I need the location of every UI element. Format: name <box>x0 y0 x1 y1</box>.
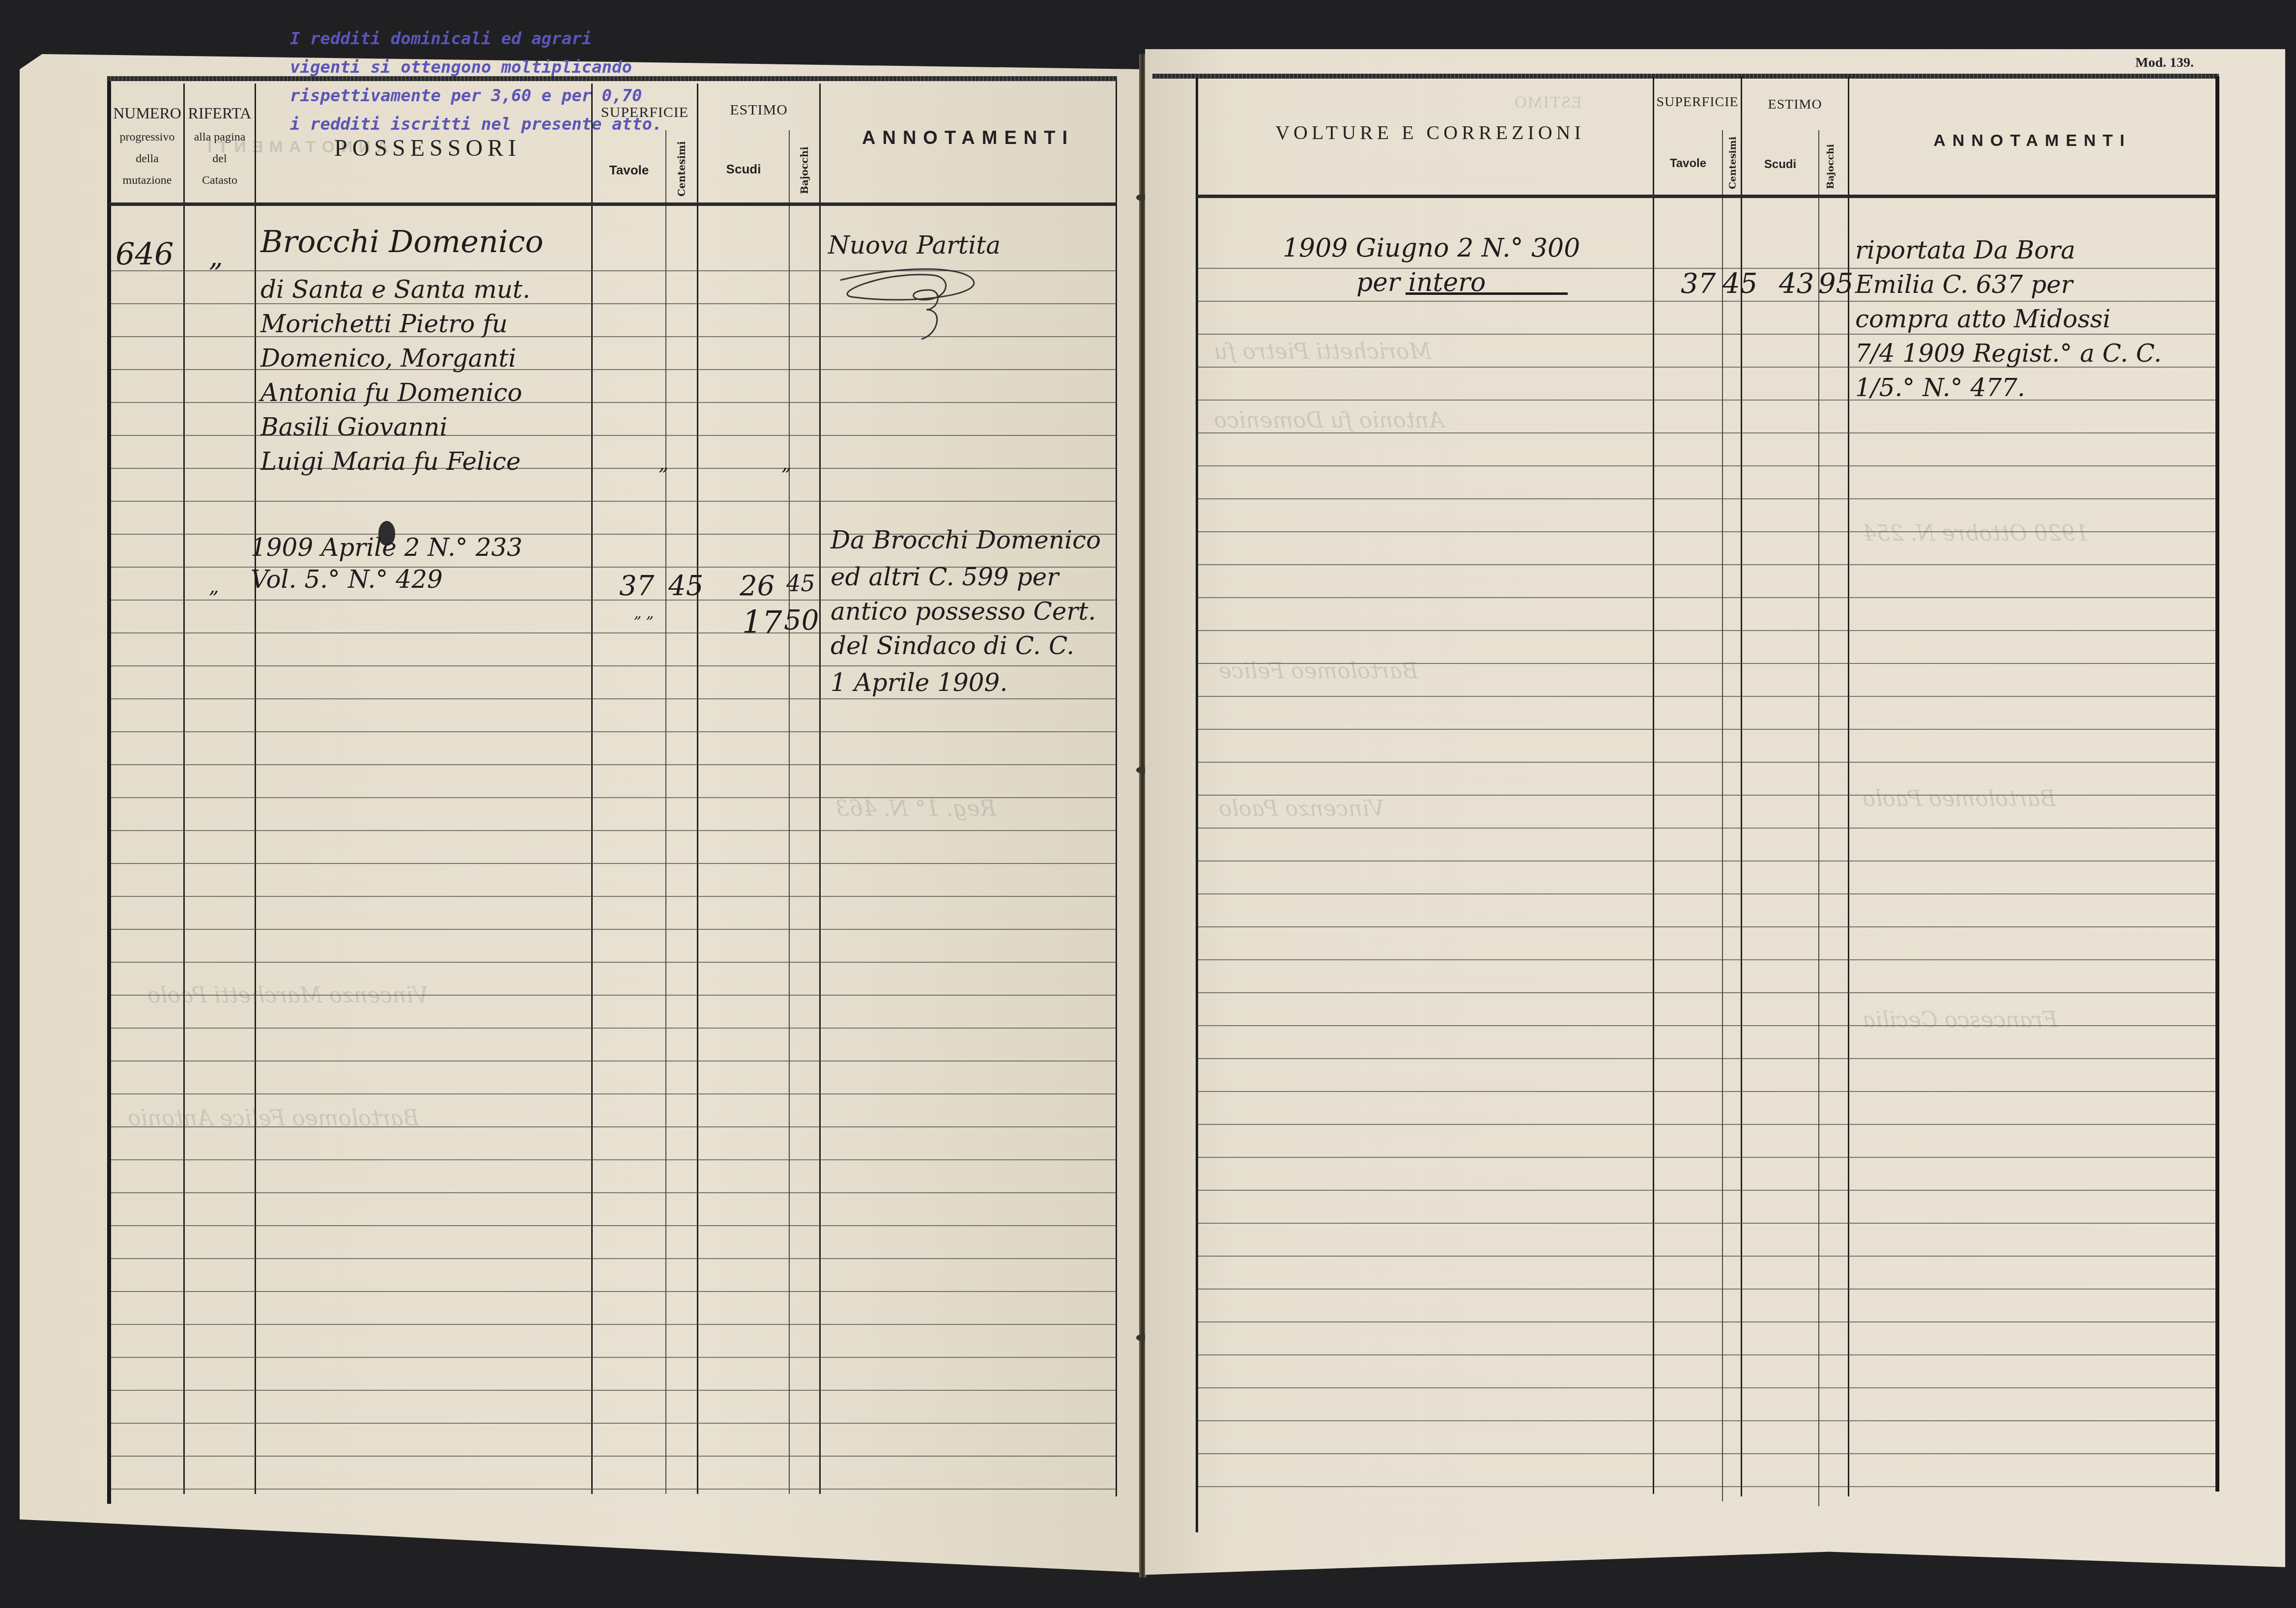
ruled-row-line <box>1198 795 2216 796</box>
right-table-right-border <box>2215 76 2219 1492</box>
ruled-row-line <box>1198 1025 2216 1026</box>
col-line <box>1116 81 1117 1496</box>
header-centesimi: Centesimi <box>676 147 688 197</box>
ruled-row-line <box>1198 1387 2216 1388</box>
ruled-row-line <box>111 1489 1116 1490</box>
entry-numero: 646 <box>115 236 173 272</box>
annotamento-line: Da Brocchi Domenico <box>831 526 1101 554</box>
ruled-row-line <box>1198 465 2216 466</box>
header-text: mutazione <box>111 173 183 188</box>
ruled-row-line <box>111 1225 1116 1226</box>
ruled-row-line <box>111 1390 1116 1391</box>
bleed-through-text: 1920 Ottobre N. 254 <box>1863 521 2089 546</box>
col-line <box>1818 130 1819 1506</box>
ruled-row-line <box>1198 762 2216 763</box>
annotamento-line-right: 7/4 1909 Regist.° a C. C. <box>1855 339 2162 368</box>
annotamento-line: del Sindaco di C. C. <box>831 632 1074 660</box>
header-centesimi-right: Centesimi <box>1727 143 1738 189</box>
ruled-row-line <box>1198 1354 2216 1355</box>
left-table-top-border <box>107 76 1117 81</box>
ruled-row-line <box>1198 1486 2216 1487</box>
header-text: NUMERO <box>111 103 183 123</box>
ruled-row-line <box>1198 597 2216 598</box>
ruled-row-line <box>1198 400 2216 401</box>
header-bajocchi: Bajocchi <box>799 150 810 194</box>
ruled-row-line <box>1198 861 2216 861</box>
header-superficie: SUPERFICIE <box>593 103 697 122</box>
ruled-row-line <box>1198 498 2216 499</box>
ruled-row-line <box>111 698 1116 699</box>
ruled-row-line <box>1198 1321 2216 1322</box>
annotamento-line: Nuova Partita <box>828 231 1001 259</box>
ruled-row-line <box>1198 992 2216 993</box>
ruled-row-line <box>1198 1453 2216 1454</box>
header-annotamenti-right: ANNOTAMENTI <box>1849 130 2215 151</box>
bleed-through-text: Antonio fu Domenico <box>1214 408 1444 433</box>
stamp-line: rispettivamente per 3,60 e per 0,70 <box>290 82 585 110</box>
annotamento-line-right: Emilia C. 637 per <box>1855 270 2073 299</box>
stamp-line: I redditi dominicali ed agrari <box>290 25 585 53</box>
header-text: Catasto <box>185 173 255 188</box>
riferta-ditto: „ <box>209 575 219 598</box>
form-code: Mod. 139. <box>2135 55 2194 71</box>
bleed-through-text: Reg. 1° N. 463 <box>835 796 996 821</box>
col-line <box>697 84 698 1494</box>
ruled-row-line <box>111 1291 1116 1292</box>
entry-riferta: „ <box>209 241 223 273</box>
ruled-row-line <box>1198 630 2216 631</box>
col-line <box>819 84 821 1494</box>
ruled-row-line <box>111 1159 1116 1160</box>
bleed-through-text: Bartolomeo Felice <box>1219 659 1418 684</box>
ruled-row-line <box>1198 1058 2216 1059</box>
ruled-row-line <box>1198 1091 2216 1092</box>
annotamento-line: ed altri C. 599 per <box>831 563 1059 591</box>
transfer-note-line: 1909 Aprile 2 N.° 233 <box>251 533 522 562</box>
ruled-row-line <box>111 1258 1116 1259</box>
possessore-line: Brocchi Domenico <box>260 224 544 259</box>
header-superficie-right: SUPERFICIE <box>1654 93 1741 111</box>
header-text: della <box>111 151 183 166</box>
possessore-line: Morichetti Pietro fu <box>260 310 508 338</box>
annotamento-line-right: 1/5.° N.° 477. <box>1855 373 2025 402</box>
bleed-through-text: Vincenzo Marchetti Paolo <box>147 983 429 1008</box>
ruled-row-line <box>1198 1223 2216 1224</box>
bleed-through-text: Bartolomeo Paolo <box>1863 786 2056 811</box>
col-line <box>1722 130 1723 1501</box>
bleed-through-text: Bartolomeo Felice Antonio <box>128 1106 419 1131</box>
ruled-row-line <box>1198 926 2216 927</box>
superficie-ditto: „ „ <box>634 604 654 622</box>
ruled-row-line <box>111 1093 1116 1094</box>
ruled-row-line <box>1198 1190 2216 1191</box>
scanned-ledger-spread: I redditi dominicali ed agrari vigenti s… <box>0 0 2296 1608</box>
superficie-centesimi: 45 <box>668 570 703 602</box>
book-spine <box>1139 54 1146 1578</box>
ruled-row-line <box>111 896 1116 897</box>
ruled-row-line <box>111 1357 1116 1358</box>
ruled-row-line <box>1198 1289 2216 1290</box>
ruled-row-line <box>1198 729 2216 730</box>
ruled-row-line <box>111 731 1116 732</box>
ruled-row-line <box>1198 1256 2216 1257</box>
ruled-row-line <box>111 1456 1116 1457</box>
superficie-centesimi-right: 45 <box>1722 268 1757 300</box>
col-line <box>1653 76 1654 1494</box>
annotamento-line-right: compra atto Midossi <box>1855 305 2111 333</box>
ruled-row-line <box>111 1061 1116 1062</box>
ruled-row-line <box>1198 893 2216 894</box>
ruled-row-line <box>1198 1157 2216 1158</box>
ruled-row-line <box>1198 696 2216 697</box>
annotamento-line-right: riportata Da Bora <box>1855 236 2075 264</box>
header-estimo: ESTIMO <box>698 101 819 119</box>
ruled-row-line <box>1198 301 2216 302</box>
col-line <box>1196 78 1198 1532</box>
header-scudi: Scudi <box>698 161 789 177</box>
ruled-row-line <box>111 830 1116 831</box>
ruled-row-line <box>1198 334 2216 335</box>
ruled-row-line <box>111 929 1116 930</box>
bleed-through-text: Morichetti Pietro fu <box>1214 339 1432 364</box>
possessore-line: di Santa e Santa mut. <box>260 275 530 304</box>
estimo-scudi: 26 <box>740 570 775 602</box>
left-header-bottom-rule <box>109 202 1117 206</box>
ditto-mark: „ <box>659 452 669 475</box>
possessore-line: Antonia fu Domenico <box>260 378 522 407</box>
ruled-row-line <box>111 1324 1116 1325</box>
header-bajocchi-right: Bajocchi <box>1825 145 1836 189</box>
transfer-note-line: Vol. 5.° N.° 429 <box>251 565 443 594</box>
ruled-row-line <box>1198 1124 2216 1125</box>
voltura-underline <box>1406 292 1568 295</box>
header-estimo-right: ESTIMO <box>1742 96 1848 113</box>
col-line <box>789 130 790 1494</box>
col-line <box>183 84 185 1494</box>
ruled-row-line <box>111 764 1116 765</box>
ruled-row-line <box>1198 959 2216 960</box>
ditto-mark: „ <box>781 452 792 475</box>
col-line <box>665 130 666 1494</box>
ruled-row-line <box>111 863 1116 864</box>
annotamento-line: 1 Aprile 1909. <box>831 668 1007 697</box>
estimo-scudi-right: 43 <box>1779 268 1814 300</box>
estimo-bajocchi-right: 95 <box>1818 268 1853 300</box>
right-table-top-border <box>1152 74 2219 79</box>
ruled-row-line <box>111 665 1116 666</box>
ruled-row-line <box>111 501 1116 502</box>
left-table-left-border <box>107 79 111 1504</box>
bleed-through-estimo: ESTIMO <box>1514 93 1582 112</box>
possessore-line: Luigi Maria fu Felice <box>260 447 521 476</box>
header-scudi-right: Scudi <box>1742 157 1818 172</box>
col-line <box>591 84 593 1494</box>
possessore-line: Basili Giovanni <box>260 413 448 441</box>
superficie-tavole-right: 37 <box>1681 268 1716 300</box>
bleed-through-annotamenti: ANNOTAMENTI <box>201 138 389 157</box>
annotamento-line: antico possesso Cert. <box>831 597 1096 626</box>
header-tavole: Tavole <box>593 162 665 178</box>
estimo-bajocchi: 50 <box>784 604 819 636</box>
flourish-mark <box>826 260 1003 349</box>
header-tavole-right: Tavole <box>1654 156 1722 171</box>
bleed-through-text: Francesco Cecilia <box>1863 1007 2058 1033</box>
ruled-row-line <box>1198 828 2216 829</box>
ruled-row-line <box>111 1423 1116 1424</box>
header-annotamenti: ANNOTAMENTI <box>821 127 1116 150</box>
header-text: RIFERTA <box>185 103 255 123</box>
ruled-row-line <box>1198 1420 2216 1421</box>
possessore-line: Domenico, Morganti <box>260 344 517 373</box>
estimo-scudi: 17 <box>742 604 782 641</box>
ruled-row-line <box>111 962 1116 963</box>
col-line <box>255 84 256 1494</box>
superficie-tavole: 37 <box>619 570 654 602</box>
right-header-bottom-rule <box>1197 195 2217 198</box>
ruled-row-line <box>1198 564 2216 565</box>
bleed-through-text: Vincenzo Paolo <box>1219 796 1384 821</box>
ruled-row-line <box>111 1028 1116 1029</box>
ruled-row-line <box>111 1192 1116 1193</box>
header-numero: NUMERO progressivo della mutazione <box>111 103 183 188</box>
estimo-bajocchi: 45 <box>786 570 815 597</box>
header-text: progressivo <box>111 130 183 144</box>
income-multiplier-stamp: I redditi dominicali ed agrari vigenti s… <box>290 25 585 139</box>
header-volture: VOLTURE E CORREZIONI <box>1214 120 1646 145</box>
voltura-line: 1909 Giugno 2 N.° 300 <box>1283 233 1580 263</box>
